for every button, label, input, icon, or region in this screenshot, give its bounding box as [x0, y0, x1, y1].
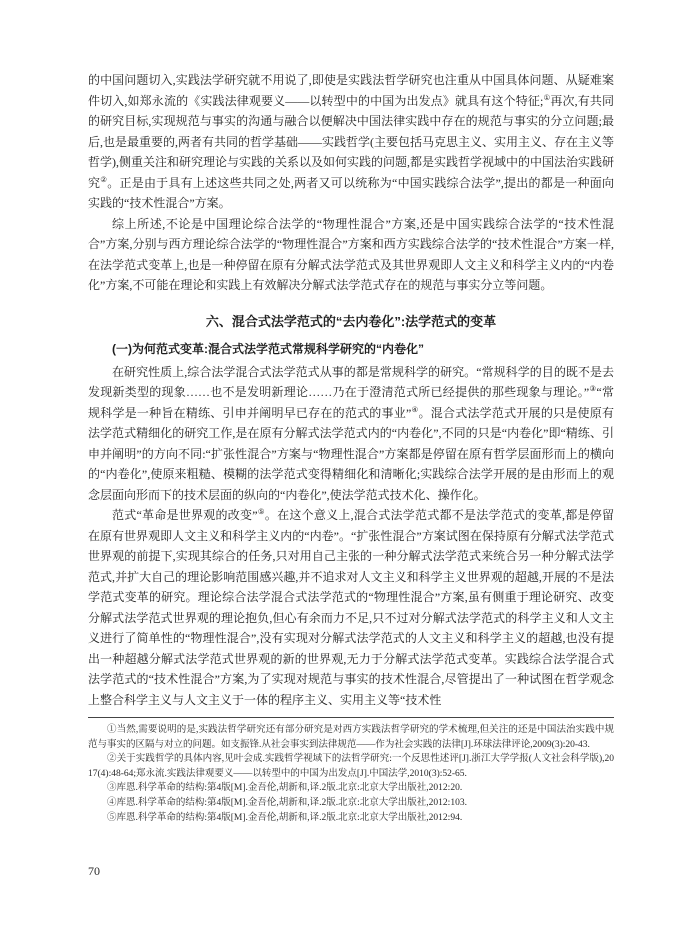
- paragraph-text: 在研究性质上,综合法学混合式法学范式从事的都是常规科学的研究。“常规科学的目的既…: [88, 365, 614, 400]
- paragraph-text: 的中国问题切入,实践法学研究就不用说了,即使是实践法哲学研究也注重从中国具体问题…: [88, 73, 614, 108]
- paragraph-paradigm-revolution: 范式“革命是世界观的改变”⑤。在这个意义上,混合式法学范式都不是法学范式的变革,…: [88, 505, 614, 710]
- paragraph-normal-science: 在研究性质上,综合法学混合式法学范式从事的都是常规科学的研究。“常规科学的目的既…: [88, 362, 614, 506]
- paragraph-continuation: 的中国问题切入,实践法学研究就不用说了,即使是实践法哲学研究也注重从中国具体问题…: [88, 70, 614, 214]
- footnote-4: ④库恩.科学革命的结构:第4版[M].金吾伦,胡新和,译.2版.北京:北京大学出…: [88, 796, 614, 811]
- article-body: 的中国问题切入,实践法学研究就不用说了,即使是实践法哲学研究也注重从中国具体问题…: [88, 70, 614, 825]
- footnote-3: ③库恩.科学革命的结构:第4版[M].金吾伦,胡新和,译.2版.北京:北京大学出…: [88, 781, 614, 796]
- paragraph-text: 。在这个意义上,混合式法学范式都不是法学范式的变革,都是停留在原有世界观即人文主…: [88, 508, 614, 707]
- paper-page: 的中国问题切入,实践法学研究就不用说了,即使是实践法哲学研究也注重从中国具体问题…: [0, 0, 700, 943]
- footnote-divider: [88, 717, 614, 718]
- footnote-marker-5: ⑤: [258, 507, 265, 516]
- paragraph-text: 范式“革命是世界观的改变”: [112, 508, 258, 522]
- footnote-marker-4: ④: [411, 405, 418, 414]
- footnote-1: ①当然,需要说明的是,实践法哲学研究还有部分研究是对西方实践法哲学研究的学术梳理…: [88, 723, 614, 752]
- footnotes-section: ①当然,需要说明的是,实践法哲学研究还有部分研究是对西方实践法哲学研究的学术梳理…: [88, 723, 614, 825]
- section-heading: 六、混合式法学范式的“去内卷化”:法学范式的变革: [88, 310, 614, 333]
- page-number: 70: [88, 864, 100, 879]
- paragraph-summary: 综上所述,不论是中国理论综合法学的“物理性混合”方案,还是中国实践综合法学的“技…: [88, 214, 614, 296]
- footnote-2: ②关于实践哲学的具体内容,见叶会成.实践哲学视域下的法哲学研究:一个反思性述评[…: [88, 752, 614, 781]
- footnote-5: ⑤库恩.科学革命的结构:第4版[M].金吾伦,胡新和,译.2版.北京:北京大学出…: [88, 811, 614, 826]
- paragraph-text: 。正是由于具有上述这些共同之处,两者又可以统称为“中国实践综合法学”,提出的都是…: [88, 176, 614, 211]
- subsection-heading: (一)为何范式变革:混合式法学范式常规科学研究的“内卷化”: [88, 338, 614, 360]
